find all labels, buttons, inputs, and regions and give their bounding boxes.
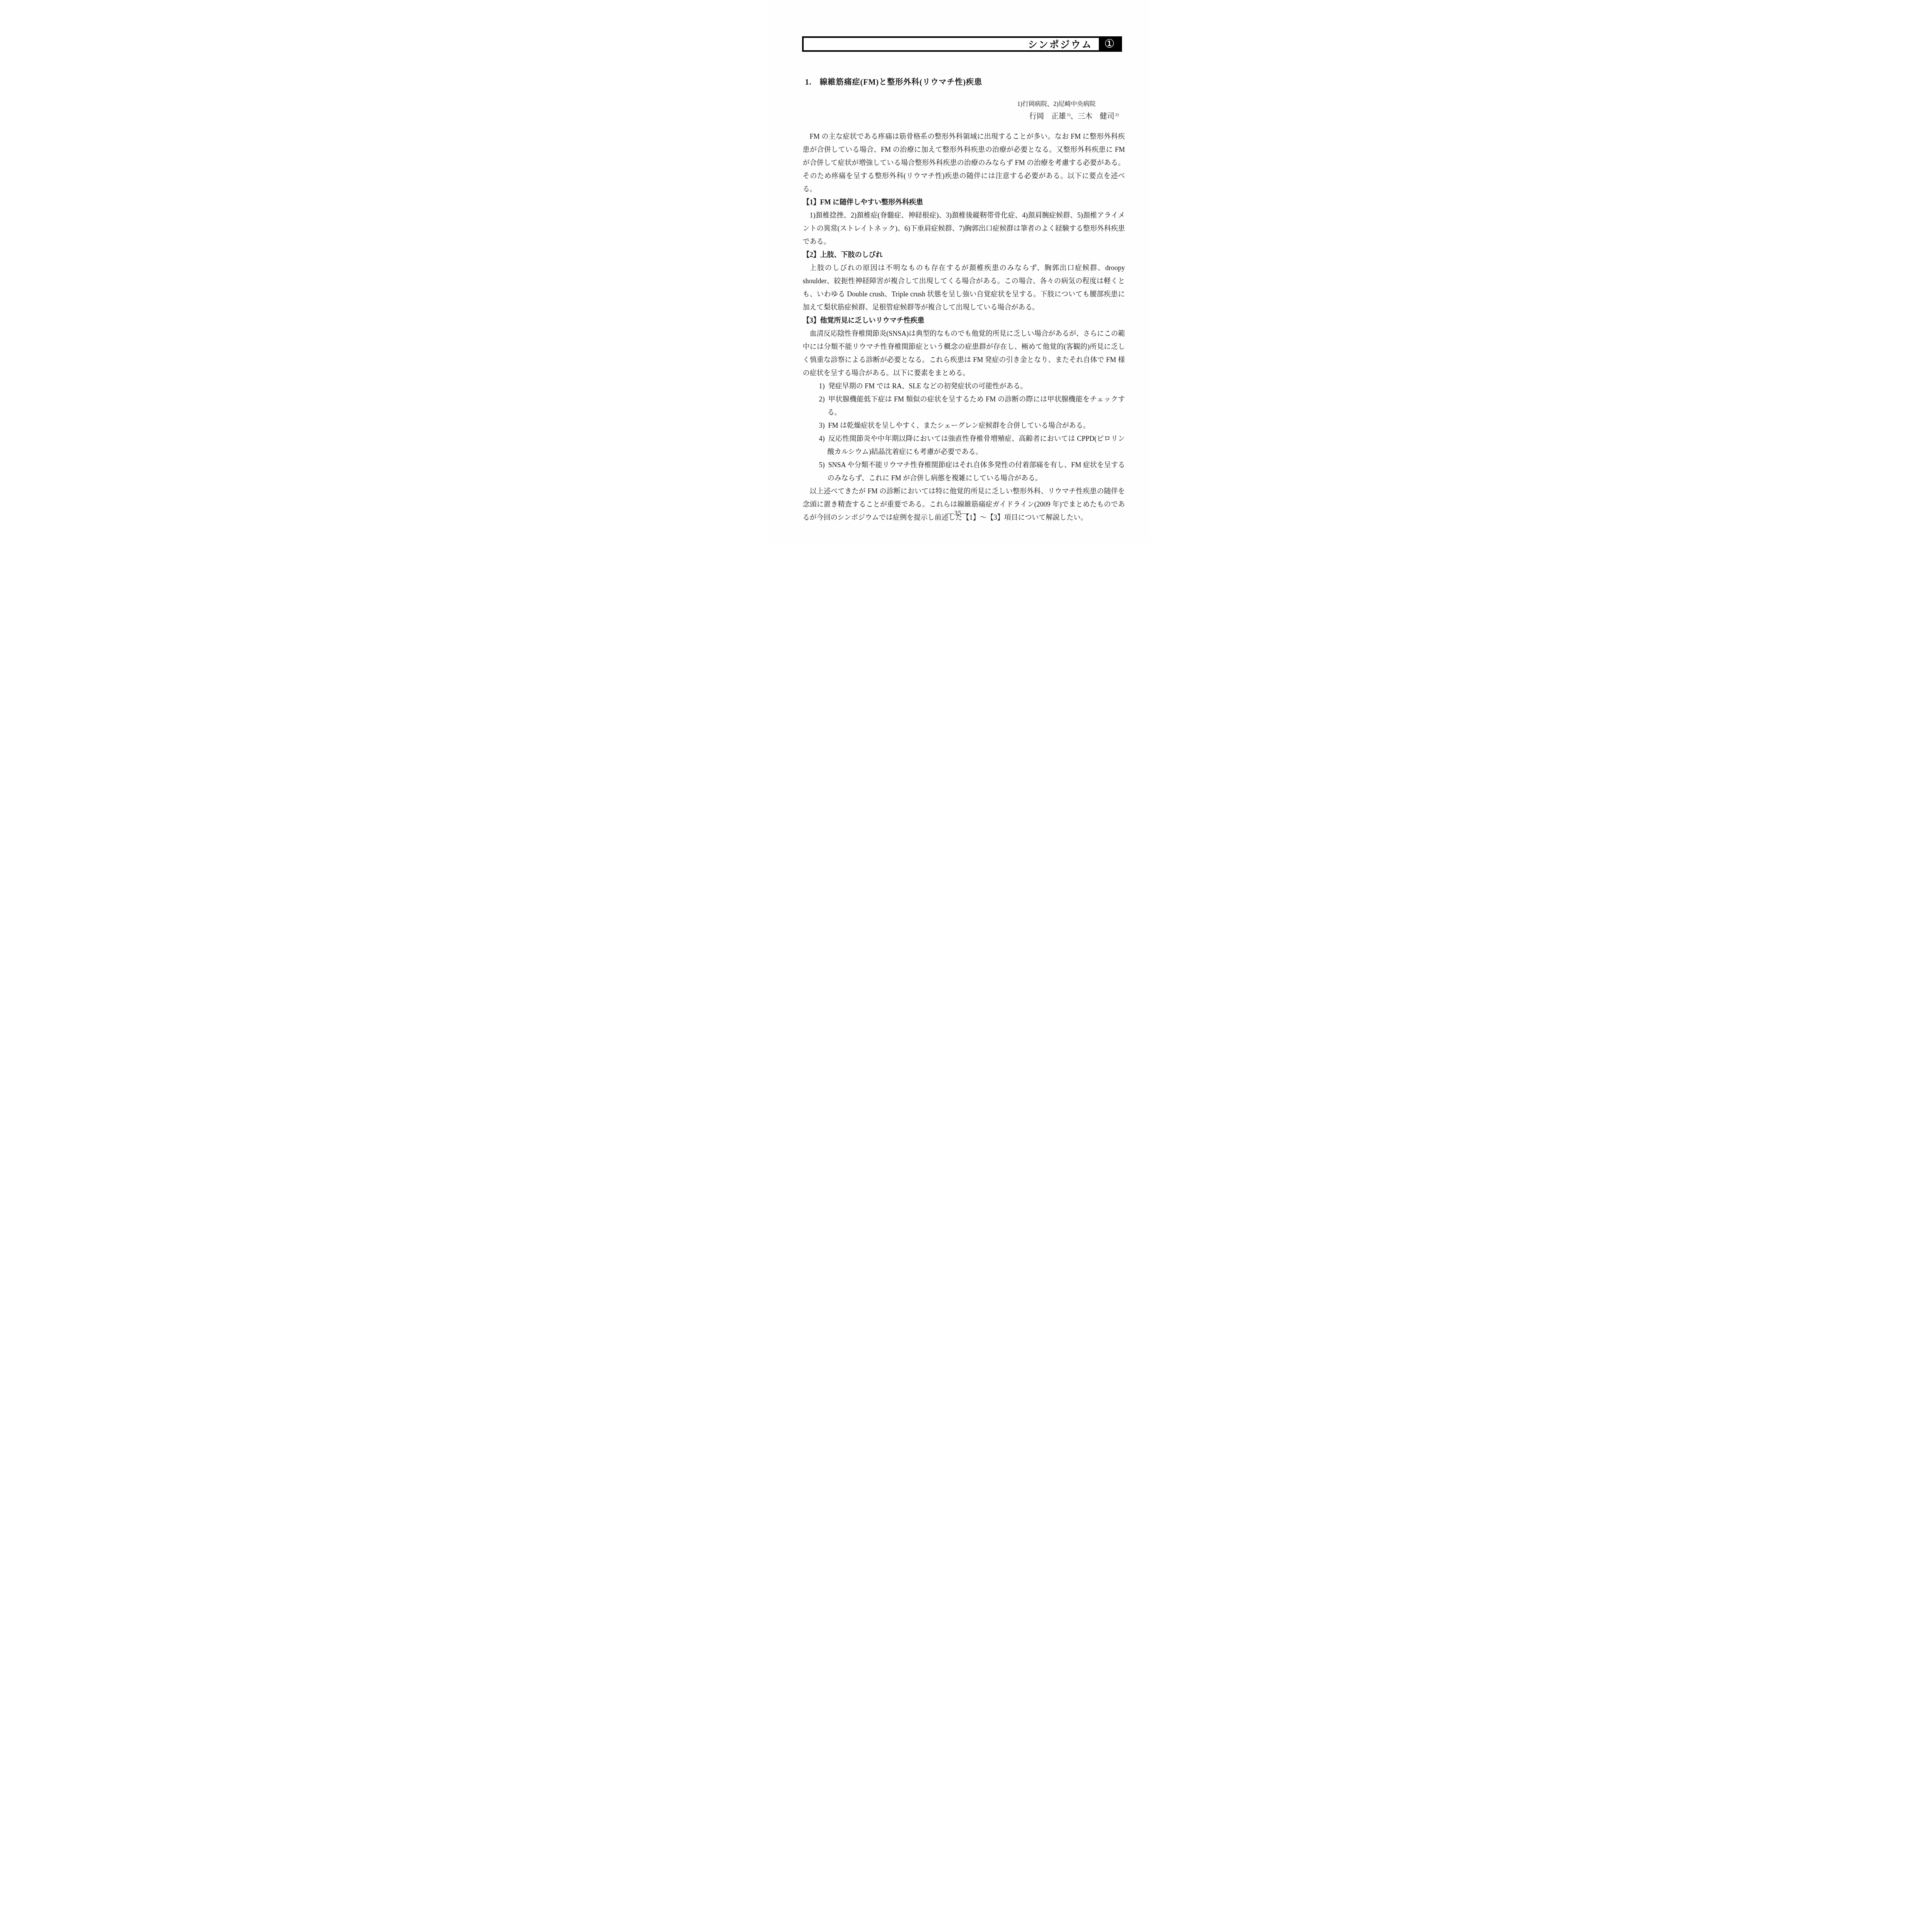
- author-separator: 、: [1070, 112, 1078, 121]
- list-item: 2)甲状腺機能低下症は FM 類似の症状を呈するため FM の診断の際には甲状腺…: [828, 393, 1125, 419]
- document-page: シンポジウム ① 1. 線維筋痛症(FM)と整形外科(リウマチ性)疾患 1)行岡…: [767, 0, 1150, 543]
- list-item: 4)反応性関節炎や中年期以降においては強直性脊椎骨増殖症、高齢者においては CP…: [828, 432, 1125, 458]
- section-2-paragraph: 上肢のしびれの原因は不明なものも存在するが頚椎疾患のみならず、胸郭出口症候群、d…: [803, 261, 1125, 314]
- intro-paragraph: FM の主な症状である疼痛は筋骨格系の整形外科領域に出現することが多い。なお F…: [803, 130, 1125, 196]
- authors: 行岡 正雄1)、三木 健司2): [1029, 111, 1119, 121]
- section-1-paragraph: 1)頚椎捻挫、2)頚椎症(脊髄症、神経根症)、3)頚椎後縦靭帯骨化症、4)頚肩腕…: [803, 209, 1125, 248]
- list-item-marker: 4): [819, 435, 825, 442]
- section-3-paragraph: 血清反応陰性脊椎関節炎(SNSA)は典型的なものでも他覚的所見に乏しい場合がある…: [803, 327, 1125, 379]
- list-item-marker: 5): [819, 461, 825, 469]
- author-2-affiliation-mark: 2): [1115, 112, 1119, 117]
- list-item-marker: 2): [819, 395, 825, 403]
- closing-paragraph: 以上述べてきたが FM の診断においては特に他覚的所見に乏しい整形外科、リウマチ…: [803, 485, 1125, 524]
- list-item-text: SNSA や分類不能リウマチ性脊椎関節症はそれ自体多発性の付着部痛を有し、FM …: [828, 461, 1125, 482]
- list-item-marker: 1): [819, 382, 825, 390]
- list-item-text: 甲状腺機能低下症は FM 類似の症状を呈するため FM の診断の際には甲状腺機能…: [828, 395, 1125, 416]
- abstract-body: FM の主な症状である疼痛は筋骨格系の整形外科領域に出現することが多い。なお F…: [803, 130, 1125, 524]
- section-2-heading: 【2】上肢、下肢のしびれ: [803, 248, 1125, 261]
- page-title: 1. 線維筋痛症(FM)と整形外科(リウマチ性)疾患: [805, 76, 983, 87]
- list-item-marker: 3): [819, 422, 825, 429]
- key-points-list: 1)発症早期の FM では RA、SLE などの初発症状の可能性がある。 2)甲…: [803, 379, 1125, 485]
- list-item: 5)SNSA や分類不能リウマチ性脊椎関節症はそれ自体多発性の付着部痛を有し、F…: [828, 458, 1125, 485]
- list-item-text: 反応性関節炎や中年期以降においては強直性脊椎骨増殖症、高齢者においては CPPD…: [828, 435, 1125, 456]
- circled-one-badge: ①: [1099, 38, 1120, 50]
- author-1-name: 行岡 正雄: [1029, 112, 1066, 121]
- list-item: 1)発症早期の FM では RA、SLE などの初発症状の可能性がある。: [828, 379, 1125, 393]
- author-2-name: 三木 健司: [1078, 112, 1114, 121]
- list-item-text: FM は乾燥症状を呈しやすく、またシェーグレン症候群を合併している場合がある。: [828, 422, 1090, 429]
- page-number: ―35―: [767, 509, 1150, 517]
- section-3-heading: 【3】他覚所見に乏しいリウマチ性疾患: [803, 314, 1125, 327]
- author-1-affiliation-mark: 1): [1067, 112, 1070, 117]
- list-item: 3)FM は乾燥症状を呈しやすく、またシェーグレン症候群を合併している場合がある…: [828, 419, 1125, 432]
- affiliations: 1)行岡病院、2)尼崎中央病院: [1017, 99, 1096, 108]
- list-item-text: 発症早期の FM では RA、SLE などの初発症状の可能性がある。: [828, 382, 1027, 390]
- section-1-heading: 【1】FM に随伴しやすい整形外科疾患: [803, 196, 1125, 209]
- symposium-label: シンポジウム: [1028, 37, 1092, 51]
- symposium-header-bar: シンポジウム ①: [802, 36, 1122, 52]
